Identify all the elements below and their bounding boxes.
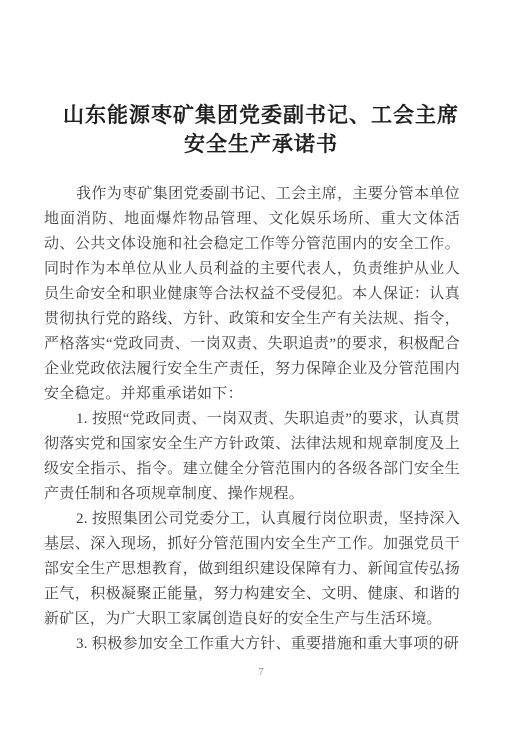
paragraph-item-1: 1. 按照“党政同责、一岗双责、失职追责”的要求，认真贯彻落实党和国家安全生产方… <box>44 407 460 507</box>
document-body: 我作为枣矿集团党委副书记、工会主席，主要分管本单位地面消防、地面爆炸物品管理、文… <box>44 182 460 657</box>
paragraph-item-3: 3. 积极参加安全工作重大方针、重要措施和重大事项的研 <box>44 632 460 657</box>
paragraph-item-2: 2. 按照集团公司党委分工，认真履行岗位职责，坚持深入基层、深入现场，抓好分管范… <box>44 507 460 632</box>
document-title-line1: 山东能源枣矿集团党委副书记、工会主席 <box>0 101 522 130</box>
document-page: 山东能源枣矿集团党委副书记、工会主席 安全生产承诺书 我作为枣矿集团党委副书记、… <box>0 0 522 742</box>
document-title: 山东能源枣矿集团党委副书记、工会主席 安全生产承诺书 <box>0 101 522 159</box>
paragraph-intro: 我作为枣矿集团党委副书记、工会主席，主要分管本单位地面消防、地面爆炸物品管理、文… <box>44 182 460 407</box>
document-title-line2: 安全生产承诺书 <box>0 130 522 159</box>
page-number: 7 <box>0 666 522 678</box>
